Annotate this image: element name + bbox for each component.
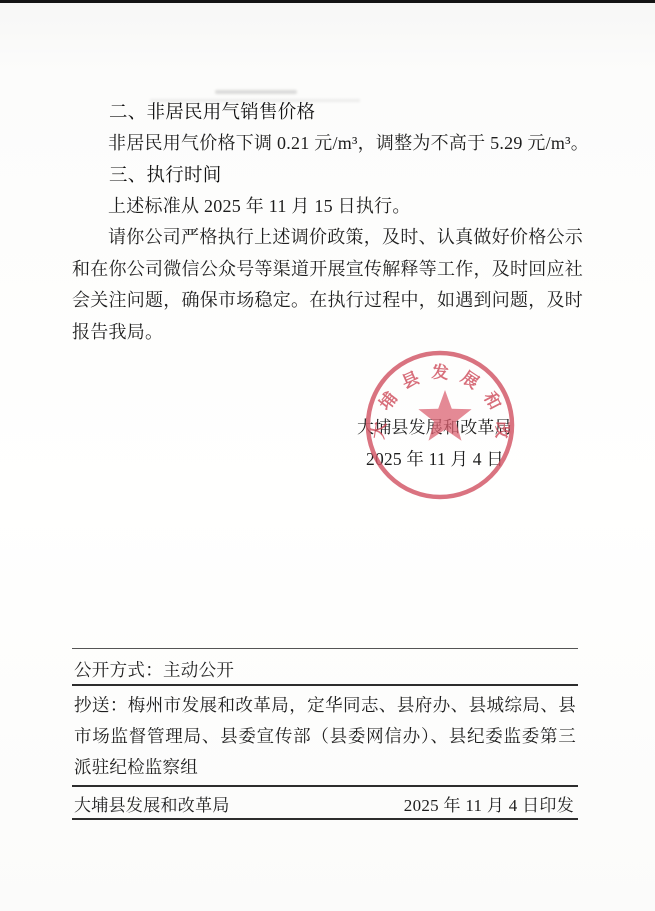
document-page: 二、非居民用气销售价格 非居民用气价格下调 0.21 元/m³，调整为不高于 5… [0, 0, 655, 911]
section-3-heading: 三、执行时间 [72, 159, 583, 191]
signature-agency: 大埔县发展和改革局 [357, 413, 512, 438]
divider-rule-bottom [72, 818, 578, 820]
section-3-body: 上述标准从 2025 年 11 月 15 日执行。 [72, 191, 583, 223]
divider-rule-disclosure [72, 684, 578, 686]
issuer-row: 大埔县发展和改革局 2025 年 11 月 4 日印发 [74, 788, 574, 819]
section-2-body: 非居民用气价格下调 0.21 元/m³，调整为不高于 5.29 元/m³。 [72, 128, 583, 160]
print-date: 2025 年 11 月 4 日印发 [404, 791, 574, 816]
cc-list: 抄送：梅州市发展和改革局，定华同志、县府办、县城综局、县市场监督管理局、县委宣传… [74, 690, 576, 783]
issuer-agency: 大埔县发展和改革局 [74, 791, 230, 816]
divider-rule-cc [72, 785, 578, 787]
scan-edge-artifact [0, 0, 655, 3]
ink-bleed-smudge [215, 90, 297, 94]
document-body: 二、非居民用气销售价格 非居民用气价格下调 0.21 元/m³，调整为不高于 5… [72, 96, 583, 348]
closing-paragraph: 请你公司严格执行上述调价政策，及时、认真做好价格公示和在你公司微信公众号等渠道开… [72, 222, 583, 348]
divider-rule-top [72, 648, 578, 649]
section-2-heading: 二、非居民用气销售价格 [72, 96, 583, 128]
signature-date: 2025 年 11 月 4 日 [366, 446, 504, 471]
disclosure-method: 公开方式：主动公开 [74, 656, 578, 684]
